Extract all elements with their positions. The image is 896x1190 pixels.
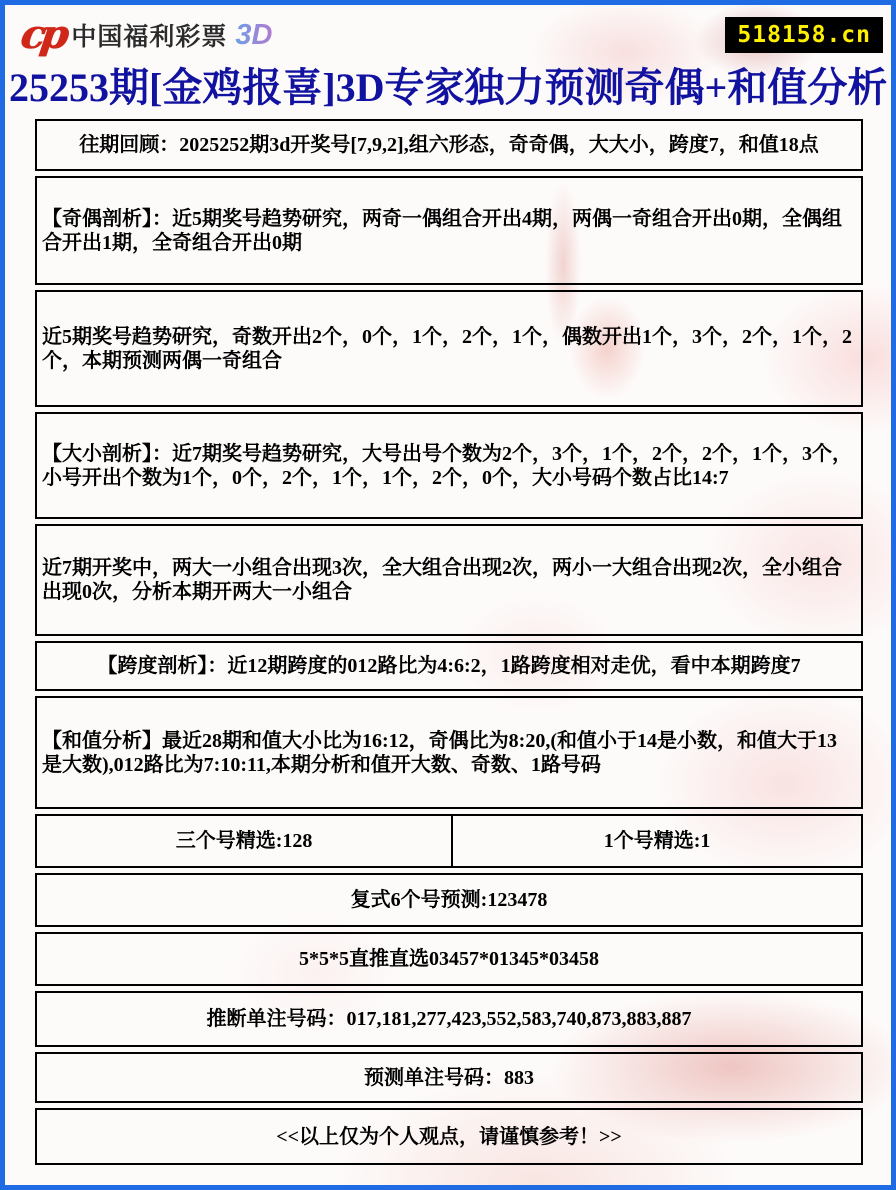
predicted-single-text: 预测单注号码：883 — [364, 1066, 534, 1090]
sum-analysis-text: 【和值分析】最近28期和值大小比为16:12，奇偶比为8:20,(和值小于14是… — [42, 729, 856, 777]
logo-text: 中国福利彩票 — [71, 17, 227, 53]
big-small-analysis-row: 【大小剖析】：近7期奖号趋势研究，大号出号个数为2个，3个，1个，2个，2个，1… — [35, 412, 863, 519]
china-welfare-lottery-logo: cp 中国福利彩票 3D — [21, 15, 272, 55]
three-number-pick-cell: 三个号精选:128 — [37, 816, 453, 866]
direct-pick-text: 5*5*5直推直选03457*01345*03458 — [299, 947, 599, 971]
prior-review-row: 往期回顾：2025252期3d开奖号[7,9,2],组六形态，奇奇偶，大大小，跨… — [35, 119, 863, 171]
analysis-table: 往期回顾：2025252期3d开奖号[7,9,2],组六形态，奇奇偶，大大小，跨… — [35, 119, 863, 1165]
cp-logo-icon: cp — [18, 15, 66, 55]
logo-3d-suffix: 3D — [235, 19, 272, 52]
three-number-pick-text: 三个号精选:128 — [176, 829, 313, 853]
predicted-single-row: 预测单注号码：883 — [35, 1052, 863, 1103]
sum-analysis-row: 【和值分析】最近28期和值大小比为16:12，奇偶比为8:20,(和值小于14是… — [35, 696, 863, 809]
big-small-trend-text: 近7期开奖中，两大一小组合出现3次，全大组合出现2次，两小一大组合出现2次，全小… — [42, 556, 856, 604]
picks-row: 三个号精选:128 1个号精选:1 — [35, 814, 863, 868]
site-badge: 518158.cn — [725, 17, 883, 53]
disclaimer-text: <<以上仅为个人观点，请谨慎参考！>> — [276, 1125, 622, 1149]
complex-six-row: 复式6个号预测:123478 — [35, 873, 863, 927]
big-small-trend-row: 近7期开奖中，两大一小组合出现3次，全大组合出现2次，两小一大组合出现2次，全小… — [35, 524, 863, 636]
one-number-pick-cell: 1个号精选:1 — [453, 816, 861, 866]
span-analysis-text: 【跨度剖析】：近12期跨度的012路比为4:6:2，1路跨度相对走优，看中本期跨… — [97, 654, 800, 678]
one-number-pick-text: 1个号精选:1 — [604, 829, 711, 853]
span-analysis-row: 【跨度剖析】：近12期跨度的012路比为4:6:2，1路跨度相对走优，看中本期跨… — [35, 641, 863, 691]
header: cp 中国福利彩票 3D 518158.cn — [5, 5, 891, 61]
odd-even-analysis-row: 【奇偶剖析】：近5期奖号趋势研究，两奇一偶组合开出4期，两偶一奇组合开出0期，全… — [35, 176, 863, 285]
direct-pick-row: 5*5*5直推直选03457*01345*03458 — [35, 932, 863, 986]
page: cp 中国福利彩票 3D 518158.cn 25253期[金鸡报喜]3D专家独… — [0, 0, 896, 1190]
disclaimer-row: <<以上仅为个人观点，请谨慎参考！>> — [35, 1108, 863, 1165]
complex-six-text: 复式6个号预测:123478 — [351, 888, 548, 912]
prior-review-text: 往期回顾：2025252期3d开奖号[7,9,2],组六形态，奇奇偶，大大小，跨… — [79, 133, 818, 157]
big-small-analysis-text: 【大小剖析】：近7期奖号趋势研究，大号出号个数为2个，3个，1个，2个，2个，1… — [42, 442, 856, 490]
page-title: 25253期[金鸡报喜]3D专家独力预测奇偶+和值分析 — [9, 63, 887, 113]
odd-even-trend-text: 近5期奖号趋势研究，奇数开出2个，0个，1个，2个，1个，偶数开出1个，3个，2… — [42, 325, 856, 373]
deduced-singles-text: 推断单注号码：017,181,277,423,552,583,740,873,8… — [207, 1007, 692, 1031]
odd-even-analysis-text: 【奇偶剖析】：近5期奖号趋势研究，两奇一偶组合开出4期，两偶一奇组合开出0期，全… — [42, 207, 856, 255]
odd-even-trend-row: 近5期奖号趋势研究，奇数开出2个，0个，1个，2个，1个，偶数开出1个，3个，2… — [35, 290, 863, 407]
deduced-singles-row: 推断单注号码：017,181,277,423,552,583,740,873,8… — [35, 991, 863, 1047]
